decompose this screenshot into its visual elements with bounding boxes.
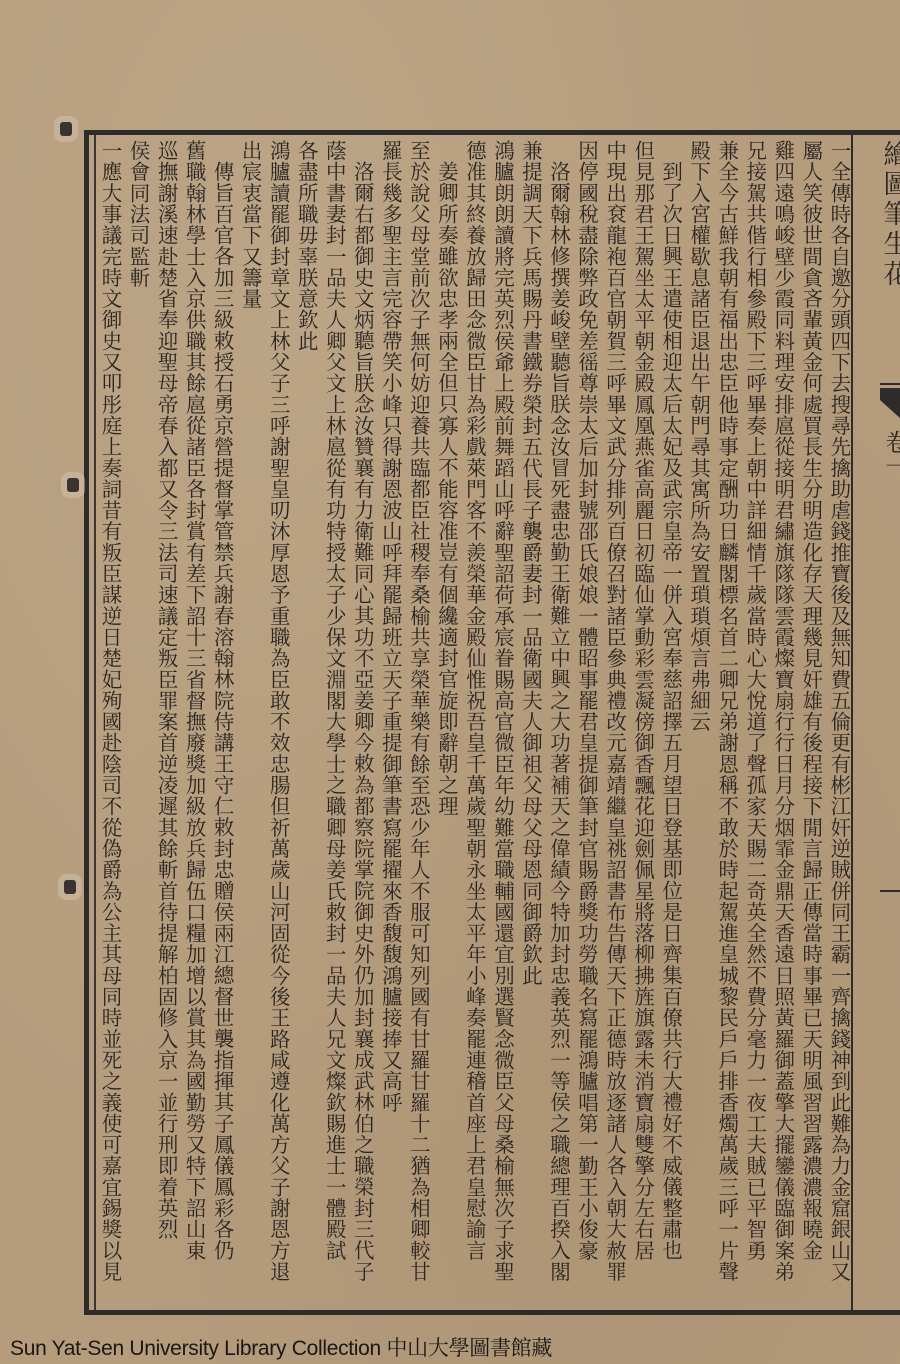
text-column: 鴻臚朗朗讀將完英烈侯爺上殿前舞蹈山呼辭聖詔荷承宸眷賜高官微臣年幼難當職輔國還宜別… (490, 140, 514, 1310)
text-column: 姜卿所奏雖欲忠孝兩全但只寡人不能容准豈有個纔適封官旋即辭朝之理 (434, 140, 458, 1331)
text-column: 至於說父母堂前次子無何妨迎養共臨都臣社稷奉桑榆共享榮華樂有餘至恐少年人不服可知列… (406, 140, 430, 1310)
text-column: 傳旨百官各加三級敕授石勇京營提督掌管禁兵謝春溶翰林院侍講王守仁敕封忠贈侯兩江總督… (210, 140, 234, 1331)
binding-hole-icon (67, 478, 79, 492)
banxin-lower-rule (880, 890, 900, 892)
book-title: 繪圖筆生花 (880, 140, 900, 290)
text-column: 中現出袞龍袍百官朝賀三呼畢文武分排列百僚召對諸臣參典禮改元嘉靖繼皇祧詔書布告傳天… (603, 140, 627, 1310)
text-column: 羅長幾多聖主言完容帶笑小峰只得謝恩波山呼拜罷歸班立天子重提御筆書寫罷擢來香馥馥鴻… (378, 140, 402, 1310)
text-column: 德准其終養放歸田念微臣甘為彩戲萊門客不羨榮華金殿仙惟祝吾皇千萬歲聖朝永坐太平年小… (462, 140, 486, 1310)
library-credit: Sun Yat-Sen University Library Collectio… (10, 1332, 552, 1362)
text-column: 兼提調天下兵馬賜丹書鐵券榮封五代長子襲爵妻封一品衛國夫人御祖父母父母恩同御爵欽此 (518, 140, 542, 1310)
text-column: 一應大事議完時文御史又叩彤庭上奏詞昔有叛臣謀逆日楚妃殉國赴陰司不從偽爵為公主其母… (98, 140, 122, 1310)
text-column: 洛爾翰林修撰姜峻壁聽旨朕念汝冒死盡忠勤王衛難立中興之大功著補天之偉績今特加封忠義… (547, 140, 571, 1331)
binding-hole-icon (64, 880, 76, 894)
binding-hole-icon (60, 122, 72, 136)
text-column: 但見那君王駕坐太平朝金殿鳳凰燕雀高麗日初臨仙掌動彩雲凝傍御香飄花迎劍佩星將落柳拂… (631, 140, 655, 1310)
text-column: 舊職翰林學士入京供職其餘扈從諸臣各封賞有差下詔十三省督撫廢獎加級放兵歸伍口糧加增… (182, 140, 206, 1310)
banxin-center-strip (853, 135, 900, 1310)
text-column: 巡撫謝溪速赴楚省奉迎聖母帝春入都又令三法司速議定叛臣罪案首逆凌遲其餘斬首待提解柏… (154, 140, 178, 1310)
text-column: 鴻臚讀罷御封章文上林父子三呼謝聖皇叨沐厚恩予重職為臣敢不效忠腸但祈萬歲山河固從今… (266, 140, 290, 1310)
text-column: 雞四遠鳴峻壁少霞同料理安排扈從接明君繡旗隊隊雲霞燦寶扇行行日月分烟霏金鼎天香遠日… (771, 140, 795, 1310)
text-column: 洛爾右都御史文炳聽旨朕念汝贊襄有力衛難同心其功不亞姜卿今敕為都察院掌院御史外仍加… (350, 140, 374, 1331)
text-column: 兄接駕共偕行相參殿下三呼畢奏上朝中詳細情千歲當時心大悅道了聲孤家天賜二奇英全然不… (743, 140, 767, 1310)
text-column: 因停國稅盡除弊政免差徭尊崇太后加封號邵氏娘娘一體昭事罷君皇提御筆封官賜爵獎功勞職… (575, 140, 599, 1310)
text-column: 一全傳時各自邀分頭四下去搜尋先擒助虐錢推寶後及無知費五倫更有彬江奸逆賊併同王霸一… (827, 140, 851, 1310)
fishtail-rule (880, 383, 900, 385)
text-column: 出宸衷當下又籌量 (238, 140, 262, 1310)
text-column: 兼全今古鮮我朝有福出忠臣他時事定酬功日麟閣標名首二卿兄弟謝恩稱不敢於時起駕進皇城… (715, 140, 739, 1310)
text-column: 到了次日興王遣使相迎太后太妃及武宗皇帝一併入宮奉慈詔擇五月望日登基即位是日齊集百… (659, 140, 683, 1331)
text-column: 殿下入宮權歇息諸臣退出午朝門尋其寓所為安置瑣瑣煩言弗細云 (687, 140, 711, 1310)
text-column: 各盡所職毋辜朕意欽此 (294, 140, 318, 1310)
text-column: 侯會同法司監斬 (126, 140, 150, 1310)
text-column: 蔭中書妻封一品夫人卿父文上林扈從有功特授太子少保文淵閣大學士之職卿母姜氏敕封一品… (322, 140, 346, 1310)
volume-label: 卷一 (880, 430, 900, 478)
text-column: 屬人笑彼世間貪吝輩黃金何處買長生分明造化存天理幾見奸雄有後程接下閒言歸正傳當時事… (799, 140, 823, 1310)
main-text-body: 一全傳時各自邀分頭四下去搜尋先擒助虐錢推寶後及無知費五倫更有彬江奸逆賊併同王霸一… (96, 140, 853, 1310)
